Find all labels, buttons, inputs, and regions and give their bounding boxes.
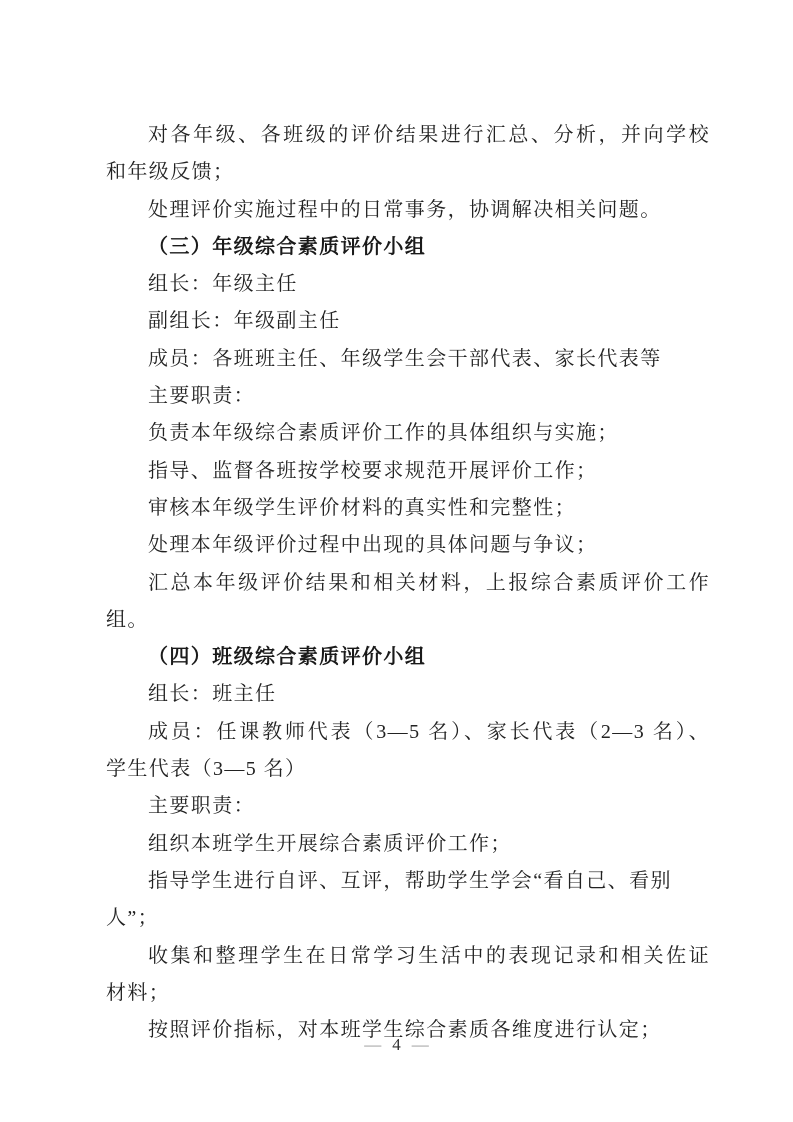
document-page: 对各年级、各班级的评价结果进行汇总、分析，并向学校和年级反馈；处理评价实施过程中… (0, 0, 793, 1122)
text-line: 和年级反馈； (106, 154, 710, 191)
document-body: 对各年级、各班级的评价结果进行汇总、分析，并向学校和年级反馈；处理评价实施过程中… (106, 117, 710, 1049)
page-footer: —4— (0, 1033, 793, 1057)
text-line: 指导、监督各班按学校要求规范开展评价工作； (106, 453, 710, 490)
text-line: 成员：任课教师代表（3—5 名）、家长代表（2—3 名）、 (106, 714, 710, 751)
text-line: 成员：各班班主任、年级学生会干部代表、家长代表等 (106, 341, 710, 378)
text-line: 组。 (106, 602, 710, 639)
page-number: 4 (392, 1035, 401, 1054)
text-line: 组织本班学生开展综合素质评价工作； (106, 826, 710, 863)
text-line: 组长：年级主任 (106, 266, 710, 303)
footer-dash-right: — (410, 1035, 431, 1054)
text-line: 对各年级、各班级的评价结果进行汇总、分析，并向学校 (106, 117, 710, 154)
text-line: 处理评价实施过程中的日常事务，协调解决相关问题。 (106, 192, 710, 229)
section-heading: （三）年级综合素质评价小组 (106, 229, 710, 266)
text-line: 学生代表（3—5 名） (106, 751, 710, 788)
text-line: 负责本年级综合素质评价工作的具体组织与实施； (106, 415, 710, 452)
text-line: 组长：班主任 (106, 676, 710, 713)
text-line: 副组长：年级副主任 (106, 303, 710, 340)
text-line: 主要职责： (106, 788, 710, 825)
section-heading: （四）班级综合素质评价小组 (106, 639, 710, 676)
text-line: 收集和整理学生在日常学习生活中的表现记录和相关佐证 (106, 938, 710, 975)
footer-dash-left: — (362, 1035, 383, 1054)
text-line: 处理本年级评价过程中出现的具体问题与争议； (106, 527, 710, 564)
text-line: 主要职责： (106, 378, 710, 415)
text-line: 汇总本年级评价结果和相关材料，上报综合素质评价工作 (106, 565, 710, 602)
text-line: 指导学生进行自评、互评，帮助学生学会“看自己、看别人”； (106, 863, 710, 938)
text-line: 材料； (106, 975, 710, 1012)
text-line: 审核本年级学生评价材料的真实性和完整性； (106, 490, 710, 527)
